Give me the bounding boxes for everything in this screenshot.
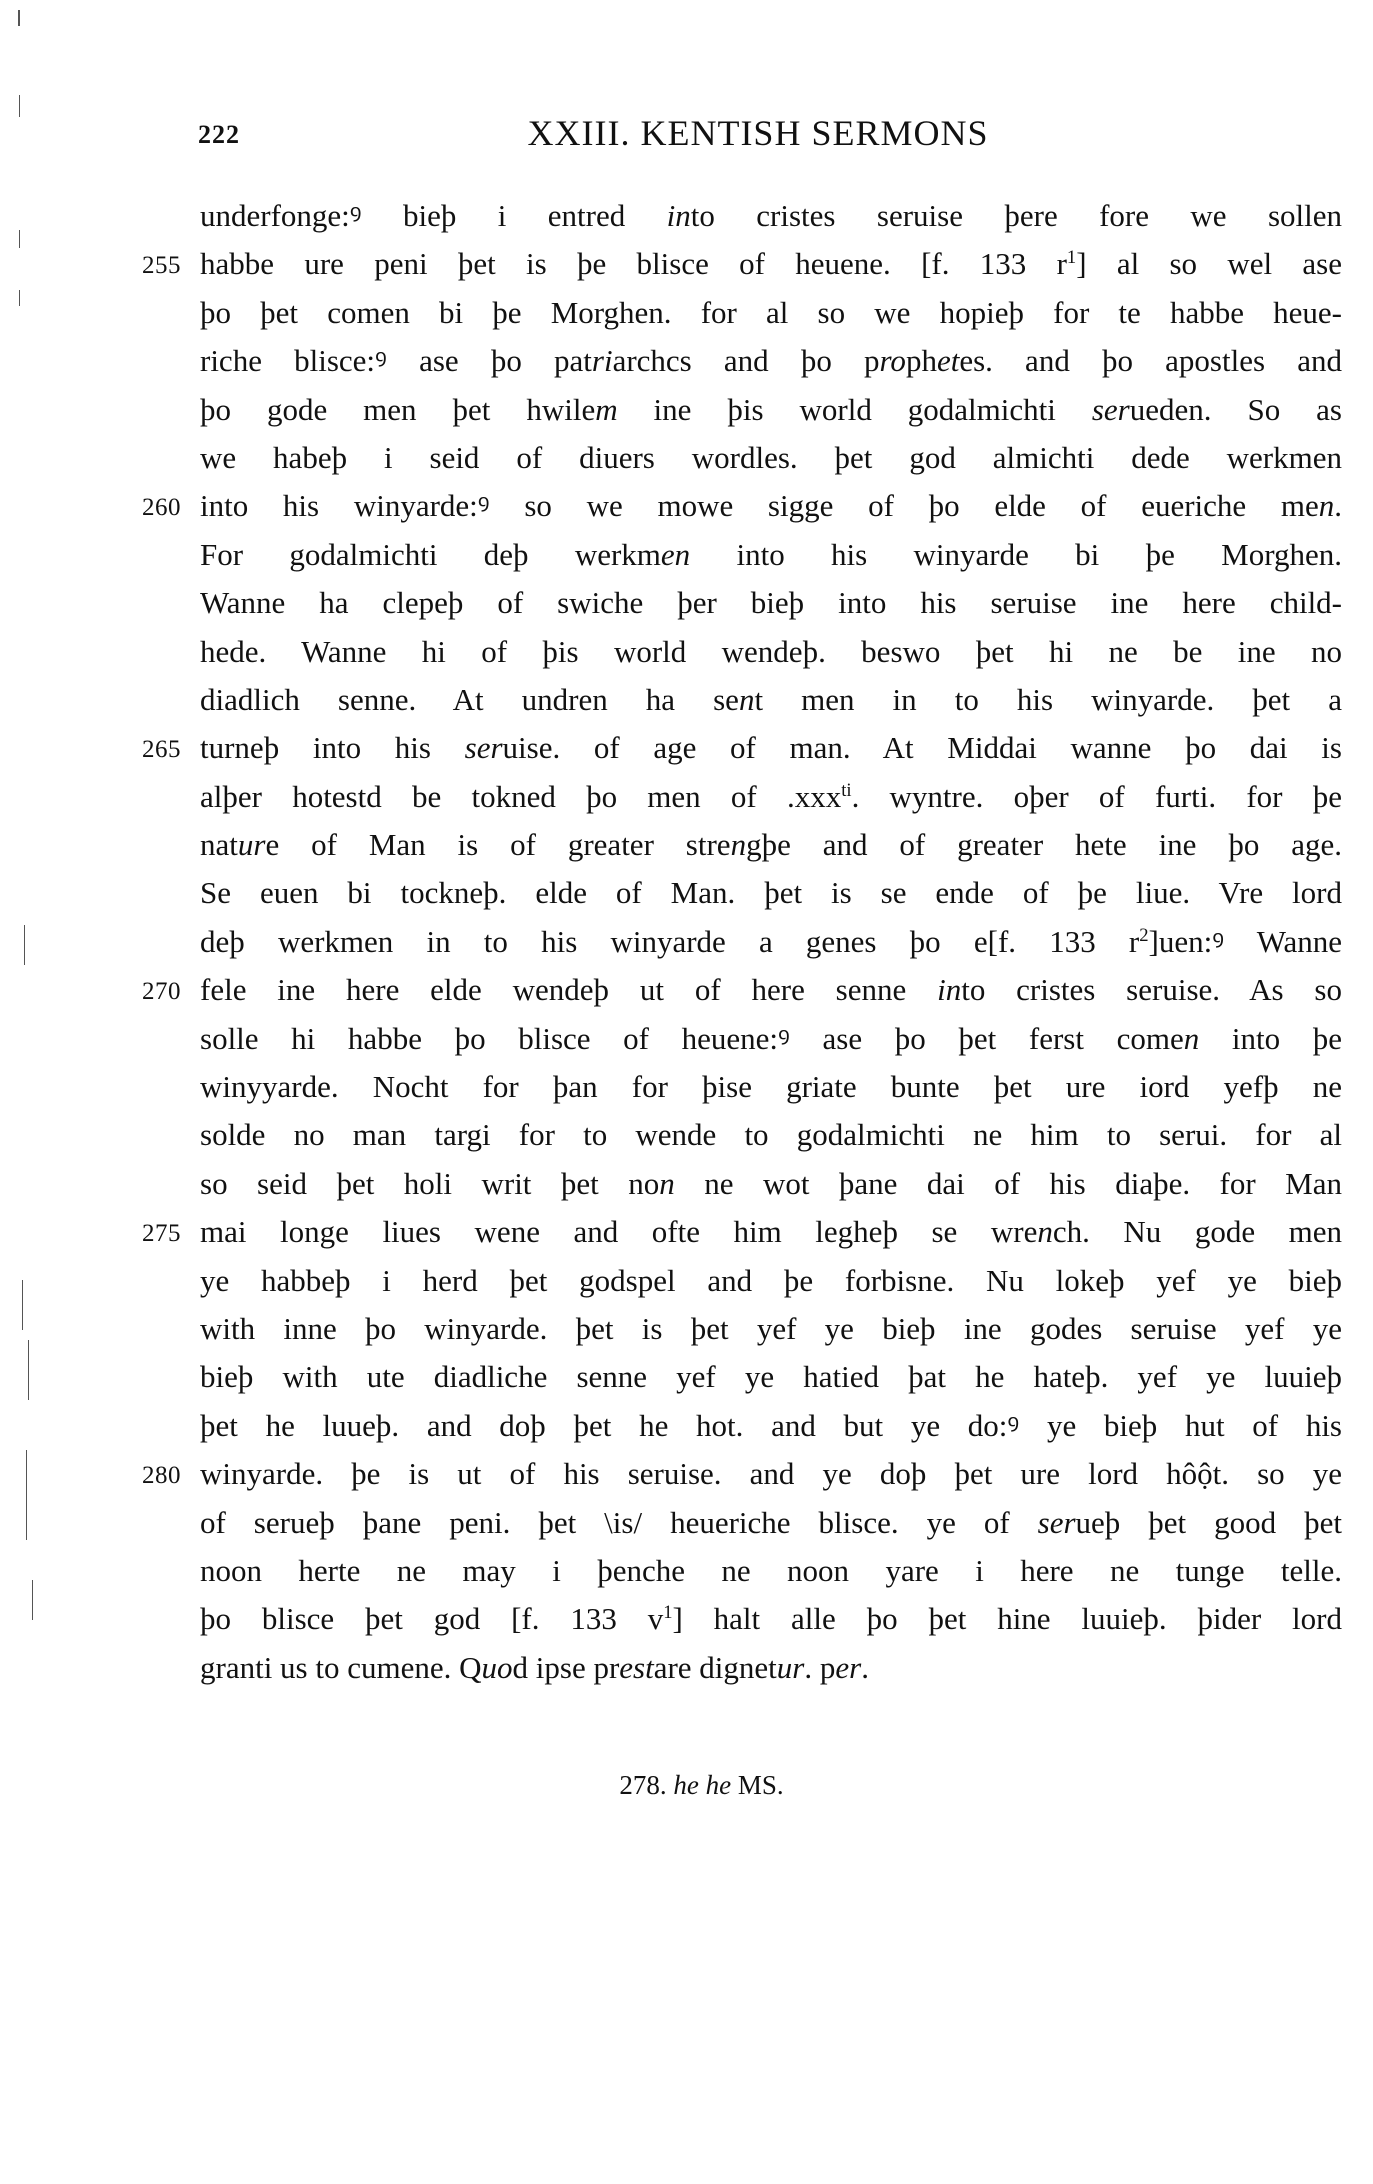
text-line: 260into his winyarde:ꝰ so we mowe sigge … bbox=[200, 482, 1342, 530]
line-text: riche blisce:ꝰ ase þo patriarchcs and þo… bbox=[200, 337, 1342, 385]
line-text: ye habbeþ i herd þet godspel and þe forb… bbox=[200, 1257, 1342, 1305]
expanded-abbreviation: ser bbox=[465, 730, 503, 765]
text-segment: habbe ure peni þet is þe blisce of heuen… bbox=[200, 246, 1067, 281]
text-line: alþer hotestd be tokned þo men of .xxxti… bbox=[200, 773, 1342, 821]
text-line: noon herte ne may i þenche ne noon yare … bbox=[200, 1547, 1342, 1595]
text-line: hede. Wanne hi of þis world wendeþ. besw… bbox=[200, 628, 1342, 676]
expanded-abbreviation: n bbox=[1037, 1214, 1053, 1249]
text-segment: diadlich senne. At undren ha se bbox=[200, 682, 739, 717]
text-line: nature of Man is of greater strengþe and… bbox=[200, 821, 1342, 869]
text-line: For godalmichti deþ werkmen into his win… bbox=[200, 531, 1342, 579]
text-segment: . p bbox=[804, 1650, 835, 1685]
line-text: alþer hotestd be tokned þo men of .xxxti… bbox=[200, 773, 1342, 821]
text-line: 280winyarde. þe is ut of his seruise. an… bbox=[200, 1450, 1342, 1498]
text-segment: so seid þet holi writ þet no bbox=[200, 1166, 659, 1201]
text-segment: t men in to his winyarde. þet a bbox=[754, 682, 1342, 717]
line-text: fele ine here elde wendeþ ut of here sen… bbox=[200, 966, 1342, 1014]
line-number: 280 bbox=[142, 1452, 181, 1500]
text-segment: hede. Wanne hi of þis world wendeþ. besw… bbox=[200, 634, 1342, 669]
text-segment: mai longe liues wene and ofte him legheþ… bbox=[200, 1214, 1037, 1249]
expanded-abbreviation: n bbox=[659, 1166, 675, 1201]
expanded-abbreviation: in bbox=[937, 972, 961, 1007]
line-text: solde no man targi for to wende to godal… bbox=[200, 1111, 1342, 1159]
footnote: 278. he he MS. bbox=[0, 1770, 1373, 1801]
text-segment: solde no man targi for to wende to godal… bbox=[200, 1117, 1342, 1152]
expanded-abbreviation: en bbox=[661, 537, 690, 572]
text-segment: . wyntre. oþer of furti. for þe bbox=[852, 779, 1342, 814]
text-line: so seid þet holi writ þet non ne wot þan… bbox=[200, 1160, 1342, 1208]
text-segment: d ipse pr bbox=[513, 1650, 620, 1685]
superscript: 1 bbox=[1067, 247, 1076, 268]
line-text: þo þet comen bi þe Morghen. for al so we… bbox=[200, 289, 1342, 337]
line-text: with inne þo winyarde. þet is þet yef ye… bbox=[200, 1305, 1342, 1353]
text-segment: archcs and þo p bbox=[613, 343, 880, 378]
text-segment: into þe bbox=[1199, 1021, 1342, 1056]
text-segment: gþe and of greater hete ine þo age. bbox=[746, 827, 1342, 862]
text-segment: noon herte ne may i þenche ne noon yare … bbox=[200, 1553, 1342, 1588]
text-segment: ] al so wel ase bbox=[1076, 246, 1342, 281]
expanded-abbreviation: uo bbox=[482, 1650, 513, 1685]
text-segment: to cristes seruise. As so bbox=[961, 972, 1342, 1007]
text-segment: bieþ with ute diadliche senne yef ye hat… bbox=[200, 1359, 1342, 1394]
footnote-text: MS. bbox=[738, 1770, 784, 1800]
text-line: 255habbe ure peni þet is þe blisce of he… bbox=[200, 240, 1342, 288]
text-segment: turneþ into his bbox=[200, 730, 465, 765]
text-segment: ]uen:ꝰ Wanne bbox=[1149, 924, 1342, 959]
text-segment: . bbox=[861, 1650, 869, 1685]
expanded-abbreviation: ro bbox=[880, 343, 906, 378]
text-segment: þo gode men þet hwile bbox=[200, 392, 595, 427]
text-segment: ne wot þane dai of his diaþe. for Man bbox=[675, 1166, 1342, 1201]
text-segment: For godalmichti deþ werkm bbox=[200, 537, 661, 572]
line-text: hede. Wanne hi of þis world wendeþ. besw… bbox=[200, 628, 1342, 676]
line-text: nature of Man is of greater strengþe and… bbox=[200, 821, 1342, 869]
line-text: Wanne ha clepeþ of swiche þer bieþ into … bbox=[200, 579, 1342, 627]
text-segment: es. and þo apostles and bbox=[959, 343, 1342, 378]
running-head: 222 XXIII. KENTISH SERMONS bbox=[198, 112, 1340, 156]
line-text: diadlich senne. At undren ha sent men in… bbox=[200, 676, 1342, 724]
line-text: so seid þet holi writ þet non ne wot þan… bbox=[200, 1160, 1342, 1208]
text-segment: þo þet comen bi þe Morghen. for al so we… bbox=[200, 295, 1342, 330]
footnote-number: 278. bbox=[619, 1770, 666, 1800]
line-text: bieþ with ute diadliche senne yef ye hat… bbox=[200, 1353, 1342, 1401]
text-line: 275mai longe liues wene and ofte him leg… bbox=[200, 1208, 1342, 1256]
text-segment: ueden. So as bbox=[1130, 392, 1342, 427]
line-text: turneþ into his seruise. of age of man. … bbox=[200, 724, 1342, 772]
text-segment: nat bbox=[200, 827, 238, 862]
text-segment: we habeþ i seid of diuers wordles. þet g… bbox=[200, 440, 1342, 475]
text-line: diadlich senne. At undren ha sent men in… bbox=[200, 676, 1342, 724]
scan-mark bbox=[24, 925, 25, 965]
text-line: 270fele ine here elde wendeþ ut of here … bbox=[200, 966, 1342, 1014]
expanded-abbreviation: et bbox=[937, 343, 959, 378]
footnote-italic-text: he he bbox=[673, 1770, 731, 1800]
text-segment: ] halt alle þo þet hine luuieþ. þider lo… bbox=[673, 1601, 1343, 1636]
text-line: þo gode men þet hwilem ine þis world god… bbox=[200, 386, 1342, 434]
superscript: 2 bbox=[1139, 925, 1148, 946]
text-segment: into his winyarde:ꝰ so we mowe sigge of … bbox=[200, 488, 1319, 523]
line-text: mai longe liues wene and ofte him legheþ… bbox=[200, 1208, 1342, 1256]
scan-mark bbox=[19, 230, 20, 248]
line-text: noon herte ne may i þenche ne noon yare … bbox=[200, 1547, 1342, 1595]
text-segment: þet he luueþ. and doþ þet he hot. and bu… bbox=[200, 1408, 1342, 1443]
text-line: granti us to cumene. Quod ipse prestare … bbox=[200, 1644, 1342, 1692]
expanded-abbreviation: n bbox=[731, 827, 747, 862]
text-line: deþ werkmen in to his winyarde a genes þ… bbox=[200, 918, 1342, 966]
line-text: of serueþ þane peni. þet \is/ heueriche … bbox=[200, 1499, 1342, 1547]
line-text: For godalmichti deþ werkmen into his win… bbox=[200, 531, 1342, 579]
scan-mark bbox=[26, 1450, 27, 1540]
text-segment: ueþ þet good þet bbox=[1076, 1505, 1342, 1540]
running-title: XXIII. KENTISH SERMONS bbox=[448, 112, 1068, 154]
text-segment: Se euen bi tockneþ. elde of Man. þet is … bbox=[200, 875, 1342, 910]
text-segment: with inne þo winyarde. þet is þet yef ye… bbox=[200, 1311, 1342, 1346]
line-text: þet he luueþ. and doþ þet he hot. and bu… bbox=[200, 1402, 1342, 1450]
line-number: 275 bbox=[142, 1210, 181, 1258]
text-line: ye habbeþ i herd þet godspel and þe forb… bbox=[200, 1257, 1342, 1305]
expanded-abbreviation: ri bbox=[592, 343, 613, 378]
scan-mark bbox=[19, 95, 20, 117]
text-line: riche blisce:ꝰ ase þo patriarchcs and þo… bbox=[200, 337, 1342, 385]
text-line: underfonge:ꝰ bieþ i entred into cristes … bbox=[200, 192, 1342, 240]
line-text: solle hi habbe þo blisce of heuene:ꝰ ase… bbox=[200, 1015, 1342, 1063]
text-line: we habeþ i seid of diuers wordles. þet g… bbox=[200, 434, 1342, 482]
line-text: granti us to cumene. Quod ipse prestare … bbox=[200, 1644, 1342, 1692]
sermon-text-block: underfonge:ꝰ bieþ i entred into cristes … bbox=[200, 192, 1342, 1692]
line-number: 255 bbox=[142, 242, 181, 290]
expanded-abbreviation: ser bbox=[1092, 392, 1130, 427]
expanded-abbreviation: ur bbox=[238, 827, 266, 862]
expanded-abbreviation: m bbox=[595, 392, 617, 427]
text-segment: of serueþ þane peni. þet \is/ heueriche … bbox=[200, 1505, 1038, 1540]
line-number: 265 bbox=[142, 726, 181, 774]
text-segment: ph bbox=[906, 343, 937, 378]
text-line: with inne þo winyarde. þet is þet yef ye… bbox=[200, 1305, 1342, 1353]
text-line: þo þet comen bi þe Morghen. for al so we… bbox=[200, 289, 1342, 337]
text-segment: ch. Nu gode men bbox=[1053, 1214, 1342, 1249]
superscript: 1 bbox=[663, 1602, 672, 1623]
line-text: underfonge:ꝰ bieþ i entred into cristes … bbox=[200, 192, 1342, 240]
text-line: of serueþ þane peni. þet \is/ heueriche … bbox=[200, 1499, 1342, 1547]
line-number: 270 bbox=[142, 968, 181, 1016]
text-segment: granti us to cumene. Q bbox=[200, 1650, 482, 1685]
scan-mark bbox=[22, 1280, 23, 1330]
text-segment: ine þis world godalmichti bbox=[618, 392, 1092, 427]
text-line: Wanne ha clepeþ of swiche þer bieþ into … bbox=[200, 579, 1342, 627]
line-text: þo gode men þet hwilem ine þis world god… bbox=[200, 386, 1342, 434]
line-text: we habeþ i seid of diuers wordles. þet g… bbox=[200, 434, 1342, 482]
page-number: 222 bbox=[198, 120, 240, 150]
expanded-abbreviation: est bbox=[619, 1650, 653, 1685]
text-segment: to cristes seruise þere fore we sollen bbox=[691, 198, 1342, 233]
expanded-abbreviation: n bbox=[1184, 1021, 1200, 1056]
expanded-abbreviation: er bbox=[835, 1650, 861, 1685]
text-segment: winyarde. þe is ut of his seruise. and y… bbox=[200, 1456, 1342, 1491]
text-segment: e of Man is of greater stre bbox=[265, 827, 730, 862]
line-text: deþ werkmen in to his winyarde a genes þ… bbox=[200, 918, 1342, 966]
text-line: þo blisce þet god [f. 133 v1] halt alle … bbox=[200, 1595, 1342, 1643]
text-line: 265turneþ into his seruise. of age of ma… bbox=[200, 724, 1342, 772]
line-text: þo blisce þet god [f. 133 v1] halt alle … bbox=[200, 1595, 1342, 1643]
scan-mark bbox=[28, 1340, 29, 1400]
expanded-abbreviation: in bbox=[667, 198, 691, 233]
line-text: into his winyarde:ꝰ so we mowe sigge of … bbox=[200, 482, 1342, 530]
text-segment: are dignet bbox=[654, 1650, 777, 1685]
text-segment: deþ werkmen in to his winyarde a genes þ… bbox=[200, 924, 1139, 959]
scan-mark bbox=[19, 290, 20, 306]
line-text: habbe ure peni þet is þe blisce of heuen… bbox=[200, 240, 1342, 288]
expanded-abbreviation: n bbox=[739, 682, 755, 717]
text-segment: þo blisce þet god [f. 133 v bbox=[200, 1601, 663, 1636]
text-line: bieþ with ute diadliche senne yef ye hat… bbox=[200, 1353, 1342, 1401]
text-line: Se euen bi tockneþ. elde of Man. þet is … bbox=[200, 869, 1342, 917]
scan-mark bbox=[32, 1580, 33, 1620]
text-line: þet he luueþ. and doþ þet he hot. and bu… bbox=[200, 1402, 1342, 1450]
text-segment: winyyarde. Nocht for þan for þise griate… bbox=[200, 1069, 1342, 1104]
text-line: solde no man targi for to wende to godal… bbox=[200, 1111, 1342, 1159]
text-segment: Wanne ha clepeþ of swiche þer bieþ into … bbox=[200, 585, 1342, 620]
text-segment: solle hi habbe þo blisce of heuene:ꝰ ase… bbox=[200, 1021, 1184, 1056]
text-line: solle hi habbe þo blisce of heuene:ꝰ ase… bbox=[200, 1015, 1342, 1063]
text-segment: fele ine here elde wendeþ ut of here sen… bbox=[200, 972, 937, 1007]
line-number: 260 bbox=[142, 484, 181, 532]
text-segment: . bbox=[1334, 488, 1342, 523]
line-text: winyarde. þe is ut of his seruise. and y… bbox=[200, 1450, 1342, 1498]
scan-mark bbox=[18, 10, 20, 26]
text-segment: ye habbeþ i herd þet godspel and þe forb… bbox=[200, 1263, 1342, 1298]
book-page: 222 XXIII. KENTISH SERMONS underfonge:ꝰ … bbox=[0, 0, 1373, 2184]
text-segment: into his winyarde bi þe Morghen. bbox=[690, 537, 1342, 572]
superscript: ti bbox=[841, 780, 851, 801]
text-segment: alþer hotestd be tokned þo men of .xxx bbox=[200, 779, 841, 814]
line-text: Se euen bi tockneþ. elde of Man. þet is … bbox=[200, 869, 1342, 917]
text-segment: riche blisce:ꝰ ase þo pat bbox=[200, 343, 592, 378]
expanded-abbreviation: ser bbox=[1038, 1505, 1076, 1540]
line-text: winyyarde. Nocht for þan for þise griate… bbox=[200, 1063, 1342, 1111]
text-segment: uise. of age of man. At Middai wanne þo … bbox=[503, 730, 1342, 765]
text-line: winyyarde. Nocht for þan for þise griate… bbox=[200, 1063, 1342, 1111]
text-segment: underfonge:ꝰ bieþ i entred bbox=[200, 198, 667, 233]
expanded-abbreviation: ur bbox=[777, 1650, 805, 1685]
expanded-abbreviation: n bbox=[1319, 488, 1335, 523]
